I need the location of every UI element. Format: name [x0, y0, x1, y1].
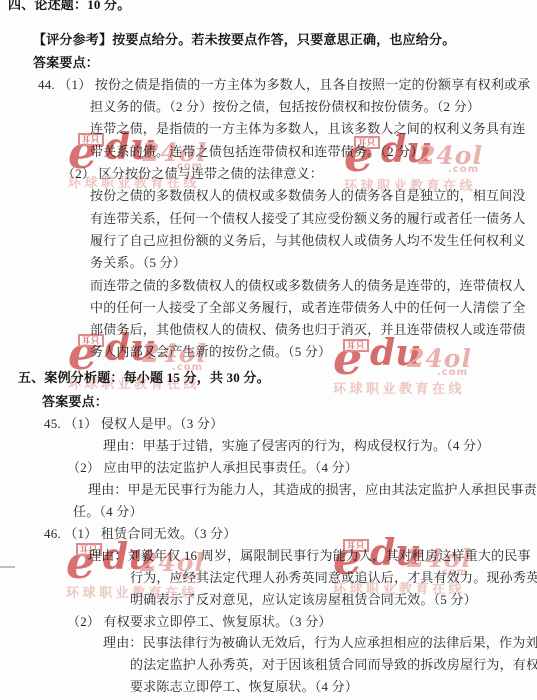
- q44-part1-definition-anfen-cont: 担义务的债。（2 分）按份之债，包括按份债权和按份债务。（2 分）: [0, 96, 537, 118]
- q46-part1-answer: 46. （1） 租赁合同无效。（3 分）: [0, 523, 537, 545]
- section4-title: 四、论述题：10 分。: [0, 0, 537, 16]
- q44-part1-definition-liandai-cont: 带关系的债。连带之债包括连带债权和连带债务。（2 分）: [0, 141, 537, 163]
- q44-part2-anfen-expl-4: 务关系。（5 分）: [0, 252, 537, 274]
- q46-part2-reason-cont-1: 的法定监护人孙秀英，对于因该租赁合同而导致的拆改房屋行为，有权: [0, 654, 537, 676]
- section4-answers-label: 答案要点：: [0, 52, 537, 74]
- q46-part2-reason-cont-2: 要求陈志立即停工、恢复原状。（4 分）: [0, 676, 537, 698]
- q46-part2-reason: 理由：民事法律行为被确认无效后，行为人应承担相应的法律后果，作为刘毅: [0, 632, 537, 654]
- q46-part2-answer: （2） 有权要求立即停工、恢复原状。（3 分）: [0, 611, 537, 633]
- q46-part1-reason-cont-1: 行为，应经其法定代理人孙秀英同意或追认后，才具有效力。现孙秀英: [0, 567, 537, 589]
- q44-part2-liandai-expl-4: 务人内部又会产生新的按份之债。（5 分）: [0, 341, 537, 363]
- q44-part1-definition-anfen: 44. （1） 按份之债是指债的一方主体为多数人，且各自按照一定的份额享有权利或…: [0, 74, 537, 96]
- q45-part1-reason: 理由：甲基于过错，实施了侵害丙的行为，构成侵权行为。（4 分）: [0, 435, 537, 457]
- q45-part2-answer: （2） 应由甲的法定监护人承担民事责任。（4 分）: [0, 457, 537, 479]
- section5-title: 五、案例分析题：每小题 15 分，共 30 分。: [0, 367, 537, 389]
- answer-key-document: 四、论述题：10 分。 【评分参考】按要点给分。若未按要点作答，只要意思正确，也…: [0, 0, 537, 698]
- q44-part1-definition-liandai: 连带之债，是指债的一方主体为多数人，且该多数人之间的权利义务具有连: [0, 118, 537, 140]
- q45-part2-reason: 理由：甲是无民事行为能力人，其造成的损害，应由其法定监护人承担民事责: [0, 479, 537, 501]
- q44-part2-anfen-expl-1: 按份之债的多数债权人的债权或多数债务人的债务各自是独立的，相互间没: [0, 185, 537, 207]
- q44-part2-anfen-expl-2: 有连带关系，任何一个债权人接受了其应受份额义务的履行或者任一债务人: [0, 208, 537, 230]
- q46-part1-reason-cont-2: 明确表示了反对意见，应认定该房屋租赁合同无效。（5 分）: [0, 589, 537, 611]
- q45-part1-answer: 45. （1） 侵权人是甲。（3 分）: [0, 413, 537, 435]
- questions-45-46-answers: 45. （1） 侵权人是甲。（3 分） 理由：甲基于过错，实施了侵害丙的行为，构…: [0, 413, 537, 698]
- q44-part2-anfen-expl-3: 履行了自己应担份额的义务后，与其他债权人或债务人均不发生任何权利义: [0, 230, 537, 252]
- q45-part2-reason-cont: 任。（4 分）: [0, 501, 537, 523]
- scoring-note: 【评分参考】按要点给分。若未按要点作答，只要意思正确，也应给分。: [0, 29, 537, 51]
- q44-part2-liandai-expl-2: 中的任何一人接受了全部义务履行，或者连带债务人中的任何一人清偿了全: [0, 297, 537, 319]
- q44-part2-heading: （2） 区分按份之债与连带之债的法律意义：: [0, 163, 537, 185]
- q44-part2-liandai-expl-1: 而连带之债的多数债权人的债权或多数债务人的债务是连带的，连带债权人: [0, 275, 537, 297]
- section5-answers-label: 答案要点：: [0, 391, 537, 413]
- question-44-answer: 44. （1） 按份之债是指债的一方主体为多数人，且各自按照一定的份额享有权利或…: [0, 74, 537, 364]
- scanned-exam-answer-page: e 耳只 du 24ol .com 环球职业教育在线 e 耳只 du 24ol …: [0, 0, 537, 700]
- q44-part2-liandai-expl-3: 部债务后，其他债权人的债权、债务也归于消灭，并且连带债权人或连带债: [0, 319, 537, 341]
- q46-part1-reason: 理由：刘毅年仅 16 周岁，属限制民事行为能力人，其对租房这样重大的民事: [0, 545, 537, 567]
